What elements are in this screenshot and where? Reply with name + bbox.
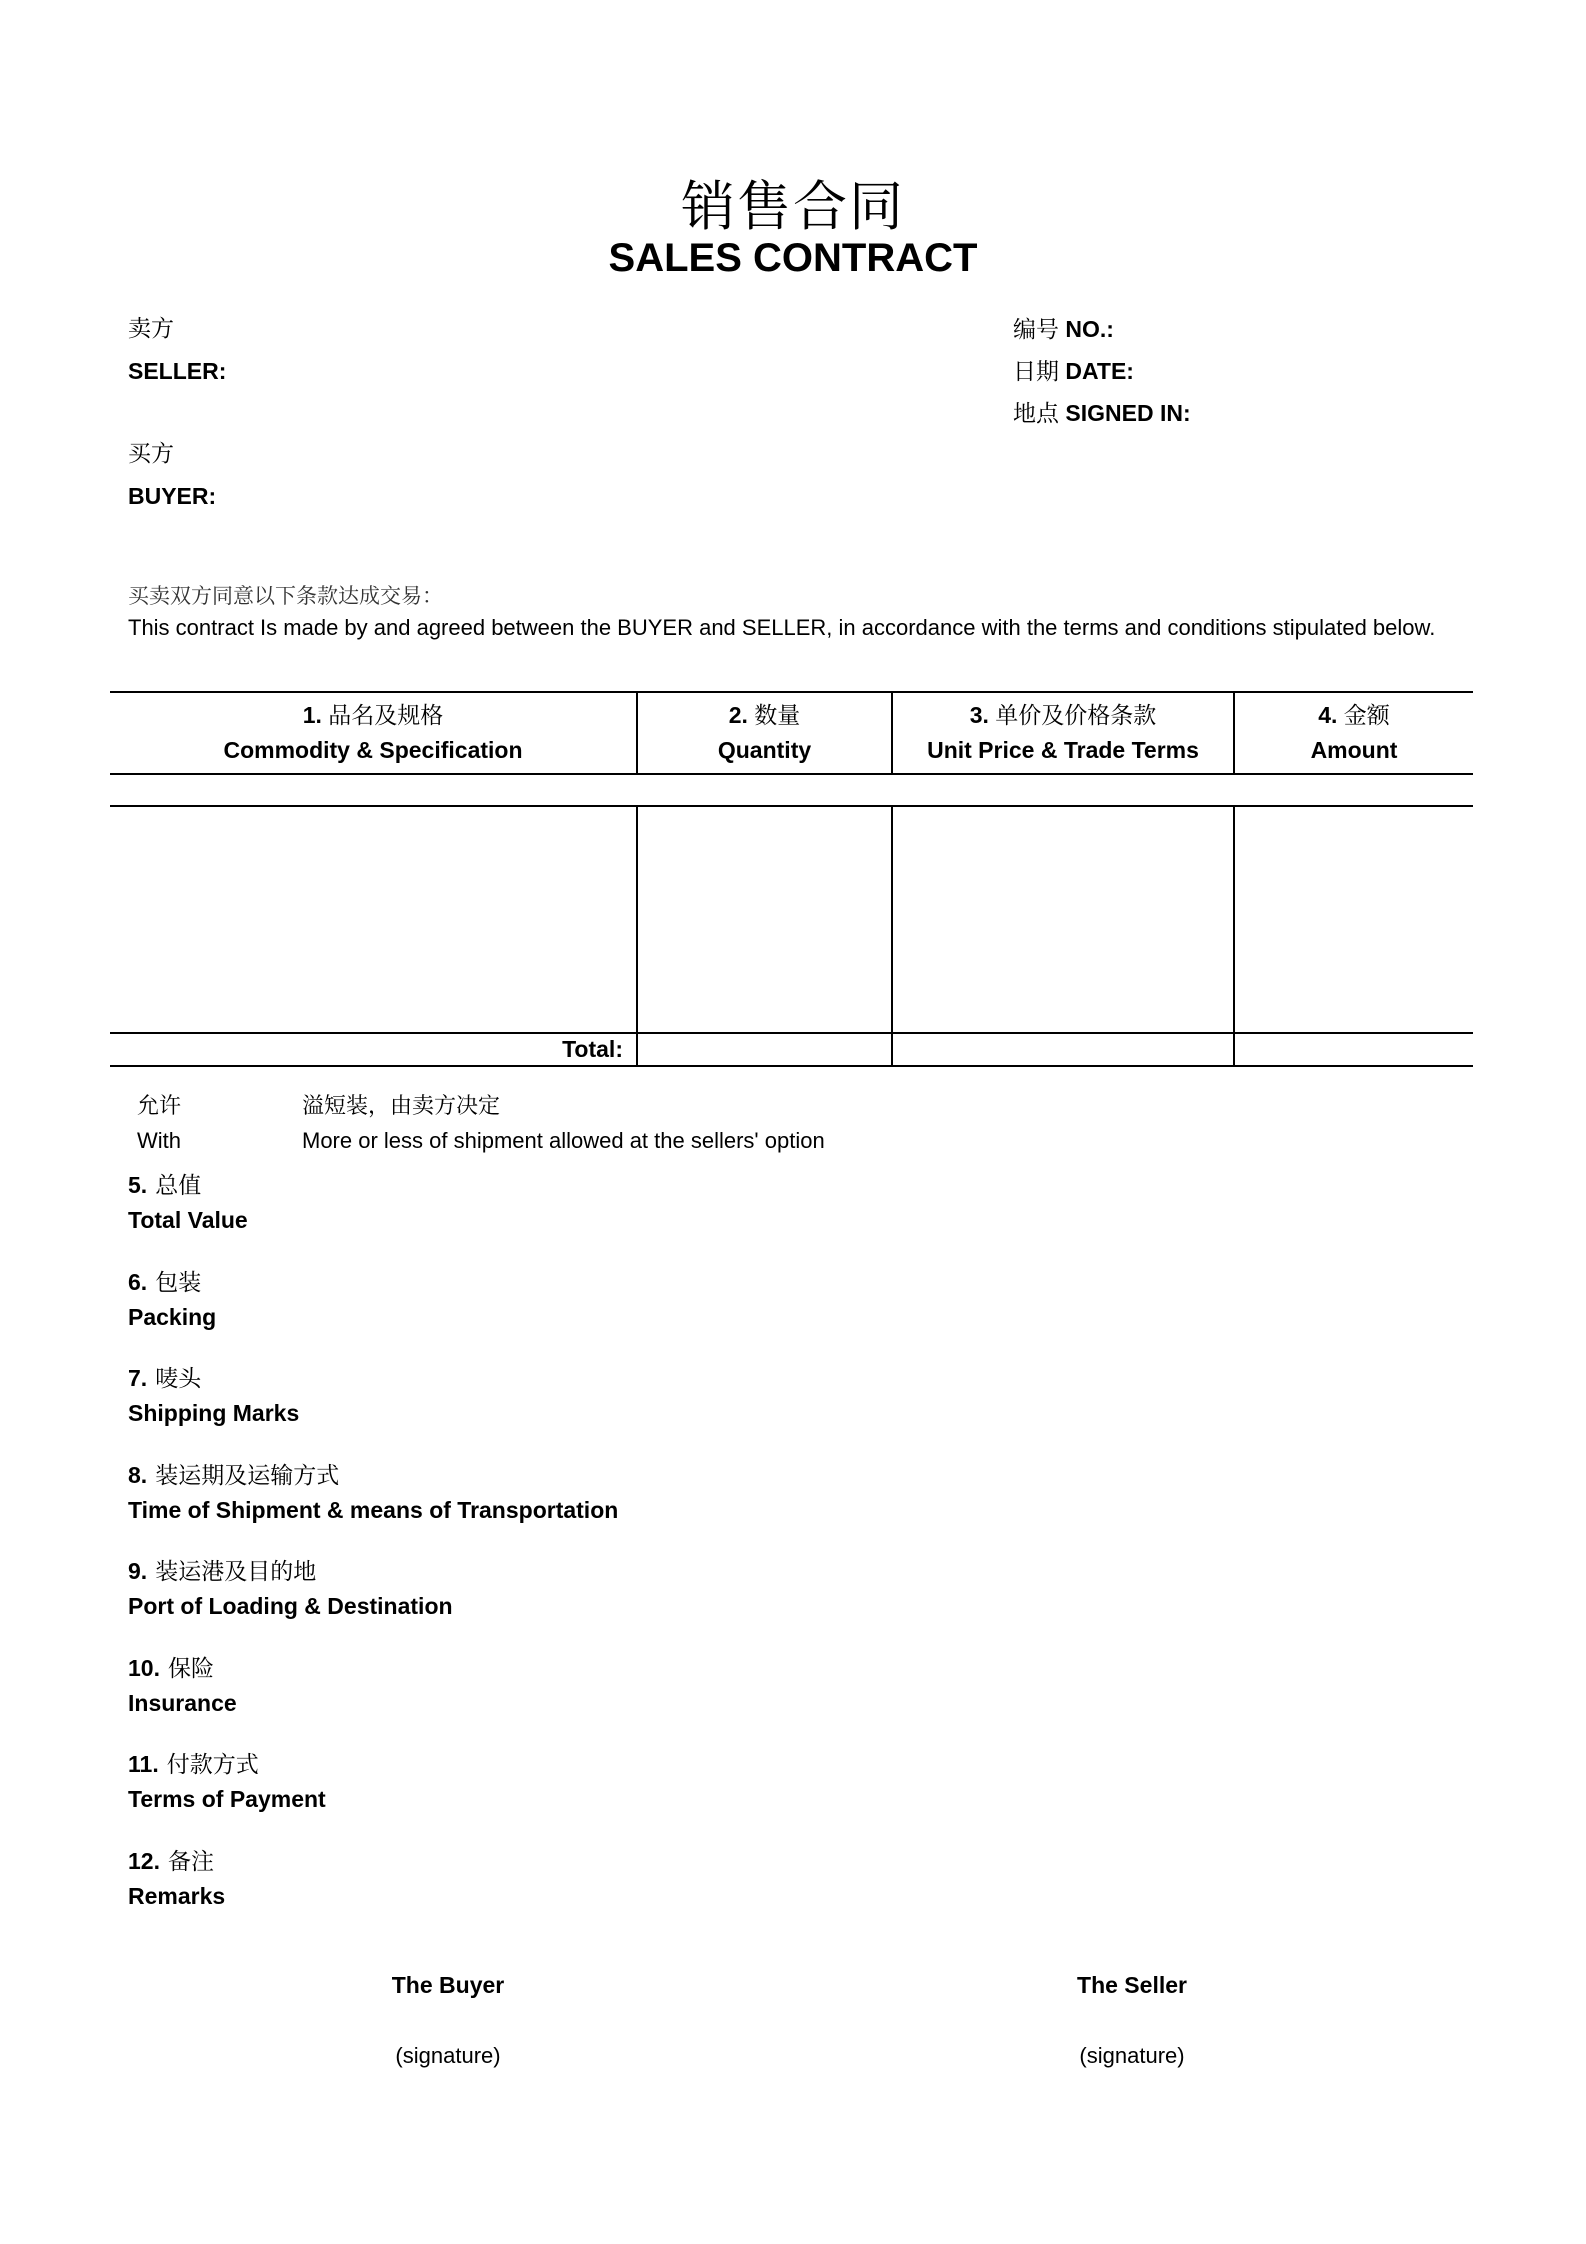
title-english: SALES CONTRACT	[0, 236, 1586, 281]
contract-number-field: 编号 NO.:	[1013, 318, 1114, 342]
clause-item: 6.包装 Packing	[128, 1265, 216, 1334]
signed-in-label: SIGNED IN:	[1065, 400, 1190, 426]
clause-title-cn: 包装	[155, 1270, 201, 1296]
clause-title: Shipping Marks	[128, 1396, 299, 1430]
column-header-en: Unit Price & Trade Terms	[893, 733, 1233, 767]
seller-signature-label: The Seller	[982, 1972, 1282, 1999]
column-header-en: Commodity & Specification	[110, 733, 636, 767]
title-chinese: 销售合同	[0, 164, 1586, 241]
clause-number: 6.	[128, 1269, 147, 1295]
clause-number: 10.	[128, 1655, 160, 1681]
clause-title-cn: 唛头	[155, 1366, 201, 1392]
clause-title: Port of Loading & Destination	[128, 1589, 453, 1623]
buyer-signature-line[interactable]: (signature)	[298, 2043, 598, 2069]
column-number: 2.	[729, 702, 748, 728]
column-header-cn: 金额	[1344, 703, 1390, 729]
contract-number-label: NO.:	[1065, 316, 1114, 342]
table-cell-commodity[interactable]	[110, 807, 636, 1032]
table-cell-amount[interactable]	[1235, 807, 1473, 1032]
total-amount-cell[interactable]	[1235, 1034, 1473, 1065]
clause-title: Packing	[128, 1300, 216, 1334]
contract-date-label: DATE:	[1065, 358, 1134, 384]
allowance-label-cn: 允许	[137, 1090, 302, 1124]
clause-title: Terms of Payment	[128, 1782, 326, 1816]
column-header-cn: 单价及价格条款	[995, 703, 1156, 729]
clause-title-cn: 保险	[168, 1656, 214, 1682]
total-label: Total:	[562, 1036, 623, 1063]
clause-title-cn: 总值	[155, 1173, 201, 1199]
seller-signature-line[interactable]: (signature)	[982, 2043, 1282, 2069]
clause-number: 12.	[128, 1848, 160, 1874]
clause-item: 12.备注 Remarks	[128, 1844, 225, 1913]
clause-title: Total Value	[128, 1203, 248, 1237]
table-cell-unit-price[interactable]	[893, 807, 1233, 1032]
clause-title-cn: 装运港及目的地	[155, 1559, 316, 1585]
column-number: 1.	[303, 702, 322, 728]
buyer-label: BUYER:	[128, 485, 216, 508]
column-header-unit-price: 3. 单价及价格条款 Unit Price & Trade Terms	[893, 698, 1233, 767]
clause-item: 7.唛头 Shipping Marks	[128, 1361, 299, 1430]
column-number: 4.	[1318, 702, 1337, 728]
seller-signature-block: The Seller (signature)	[982, 1972, 1282, 2069]
clause-item: 5.总值 Total Value	[128, 1168, 248, 1237]
seller-label: SELLER:	[128, 360, 226, 383]
table-border-bottom	[110, 1065, 1473, 1067]
contract-number-label-cn: 编号	[1013, 317, 1059, 343]
clause-item: 9.装运港及目的地 Port of Loading & Destination	[128, 1554, 453, 1623]
table-header-divider	[110, 773, 1473, 775]
allowance-text: More or less of shipment allowed at the …	[302, 1124, 825, 1158]
column-header-en: Quantity	[638, 733, 891, 767]
clause-number: 9.	[128, 1558, 147, 1584]
clause-title: Time of Shipment & means of Transportati…	[128, 1493, 618, 1527]
buyer-label-cn: 买方	[128, 443, 174, 466]
intro-paragraph: 买卖双方同意以下条款达成交易： This contract Is made by…	[128, 580, 1478, 644]
clause-title-cn: 装运期及运输方式	[155, 1463, 339, 1489]
buyer-signature-block: The Buyer (signature)	[298, 1972, 598, 2069]
clause-title: Remarks	[128, 1879, 225, 1913]
contract-date-field: 日期 DATE:	[1013, 360, 1134, 384]
allowance-text-cn: 溢短装，由卖方决定	[302, 1090, 500, 1124]
clause-title-cn: 备注	[168, 1849, 214, 1875]
signed-in-label-cn: 地点	[1013, 401, 1059, 427]
clause-item: 10.保险 Insurance	[128, 1651, 237, 1720]
intro-text-cn: 买卖双方同意以下条款达成交易：	[128, 580, 1478, 612]
clause-item: 8.装运期及运输方式 Time of Shipment & means of T…	[128, 1458, 618, 1527]
column-header-amount: 4. 金额 Amount	[1235, 698, 1473, 767]
column-number: 3.	[970, 702, 989, 728]
intro-text: This contract Is made by and agreed betw…	[128, 612, 1478, 644]
clause-title: Insurance	[128, 1686, 237, 1720]
clause-item: 11.付款方式 Terms of Payment	[128, 1747, 326, 1816]
clause-number: 8.	[128, 1462, 147, 1488]
clause-number: 11.	[128, 1751, 159, 1777]
column-header-quantity: 2. 数量 Quantity	[638, 698, 891, 767]
seller-label-cn: 卖方	[128, 318, 174, 341]
clause-number: 5.	[128, 1172, 147, 1198]
contract-date-label-cn: 日期	[1013, 359, 1059, 385]
column-header-en: Amount	[1235, 733, 1473, 767]
column-header-cn: 数量	[754, 703, 800, 729]
table-border-top	[110, 691, 1473, 693]
column-header-cn: 品名及规格	[328, 703, 443, 729]
allowance-label: With	[137, 1124, 302, 1158]
signed-in-field: 地点 SIGNED IN:	[1013, 402, 1191, 426]
table-cell-quantity[interactable]	[638, 807, 891, 1032]
clause-title-cn: 付款方式	[167, 1752, 259, 1778]
column-header-commodity: 1. 品名及规格 Commodity & Specification	[110, 698, 636, 767]
clause-number: 7.	[128, 1365, 147, 1391]
shipment-allowance: 允许 溢短装，由卖方决定 With More or less of shipme…	[137, 1090, 825, 1158]
total-quantity-cell[interactable]	[638, 1034, 891, 1065]
buyer-signature-label: The Buyer	[298, 1972, 598, 1999]
total-unit-price-cell[interactable]	[893, 1034, 1233, 1065]
